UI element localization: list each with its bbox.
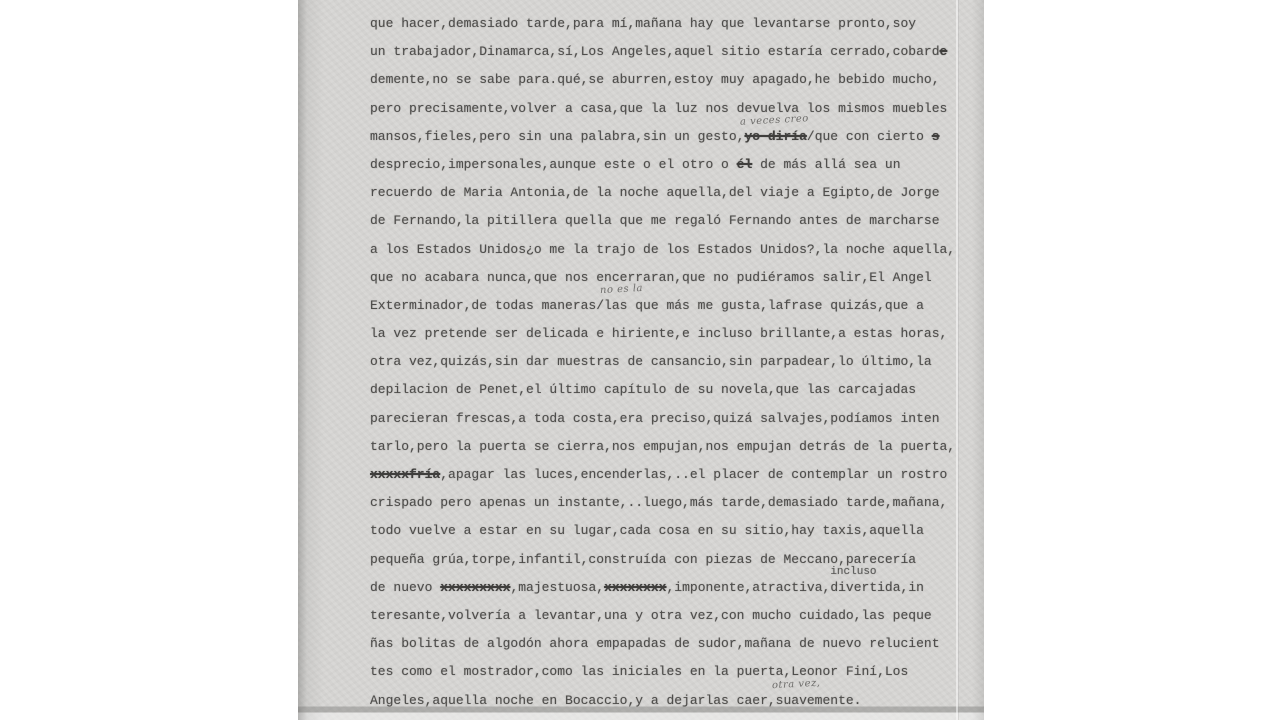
- typed-text: parecieran frescas,a toda costa,era prec…: [370, 411, 940, 426]
- typed-line: tes como el mostrador,como las iniciales…: [370, 658, 970, 686]
- struck-out-text: xxxxxfría: [370, 467, 440, 482]
- typed-text: desprecio,impersonales,aunque este o el …: [370, 157, 737, 172]
- handwritten-note: otra vez,: [771, 678, 820, 691]
- typed-text: un trabajador,Dinamarca,sí,Los Angeles,a…: [370, 44, 940, 59]
- typed-text: ,majestuosa,: [510, 580, 604, 595]
- struck-out-text: s: [932, 129, 940, 144]
- typed-text: de Fernando,la pitillera quella que me r…: [370, 213, 940, 228]
- typed-text: que no acabara nunca,que nos encerraran,…: [370, 270, 932, 285]
- typed-line: xxxxxfría,apagar las luces,encenderlas,.…: [370, 461, 970, 489]
- typed-line: otra vez,quizás,sin dar muestras de cans…: [370, 348, 970, 376]
- handwritten-note: no es la: [600, 284, 643, 296]
- typed-text: mansos,fieles,pero sin una palabra,sin u…: [370, 129, 744, 144]
- typed-line: ñas bolitas de algodón ahora empapadas d…: [370, 630, 970, 658]
- typed-text: Exterminador,de todas maneras/: [370, 298, 604, 313]
- typed-text: todo vuelve a estar en su lugar,cada cos…: [370, 523, 924, 538]
- typed-line: de nuevo xxxxxxxxx,majestuosa,xxxxxxxx,i…: [370, 574, 970, 602]
- typed-line: a los Estados Unidos¿o me la trajo de lo…: [370, 236, 970, 264]
- handwritten-note: a veces creo: [740, 114, 809, 128]
- struck-out-text: e: [940, 44, 948, 59]
- typed-line: desprecio,impersonales,aunque este o el …: [370, 151, 970, 179]
- typed-line: mansos,fieles,pero sin una palabra,sin u…: [370, 123, 970, 151]
- typed-line: recuerdo de Maria Antonia,de la noche aq…: [370, 179, 970, 207]
- typed-text: que hacer,demasiado tarde,para mí,mañana…: [370, 16, 916, 31]
- typed-text: tarlo,pero la puerta se cierra,nos empuj…: [370, 439, 955, 454]
- typed-line: Exterminador,de todas maneras/las que má…: [370, 292, 970, 320]
- typed-text: crispado pero apenas un instante,..luego…: [370, 495, 947, 510]
- struck-out-text: yo diríaa veces creo: [744, 129, 806, 144]
- typed-text: otra vez,quizás,sin dar muestras de cans…: [370, 354, 932, 369]
- typed-text: recuerdo de Maria Antonia,de la noche aq…: [370, 185, 940, 200]
- typed-line: la vez pretende ser delicada e hiriente,…: [370, 320, 970, 348]
- typed-insertion: incluso: [830, 567, 876, 578]
- typed-text: a los Estados Unidos¿o me la trajo de lo…: [370, 242, 955, 257]
- typed-text: demente,no se sabe para.qué,se aburren,e…: [370, 72, 940, 87]
- typed-line: de Fernando,la pitillera quella que me r…: [370, 207, 970, 235]
- typed-text: la vez pretende ser delicada e hiriente,…: [370, 326, 947, 341]
- typed-text: pequeña grúa,torpe,infantil,construída c…: [370, 552, 916, 567]
- struck-out-text: xxxxxxxx: [604, 580, 666, 595]
- typed-text: /que con cierto: [807, 129, 932, 144]
- typed-text: de nuevo: [370, 580, 440, 595]
- typed-text: ,apagar las luces,encenderlas,..el place…: [440, 467, 947, 482]
- typed-line: que hacer,demasiado tarde,para mí,mañana…: [370, 10, 970, 38]
- struck-out-text: él: [737, 157, 753, 172]
- typed-text: las que más me gusta,lafrase quizás,que …: [604, 298, 924, 313]
- typed-line: pero precisamente,volver a casa,que la l…: [370, 95, 970, 123]
- typed-line: demente,no se sabe para.qué,se aburren,e…: [370, 66, 970, 94]
- typed-text: de más allá sea un: [752, 157, 900, 172]
- typed-text-block: que hacer,demasiado tarde,para mí,mañana…: [370, 10, 970, 715]
- scanned-page: que hacer,demasiado tarde,para mí,mañana…: [298, 0, 984, 720]
- typed-line: pequeña grúa,torpe,infantil,construída c…: [370, 546, 970, 574]
- typed-line: depilacion de Penet,el último capítulo d…: [370, 376, 970, 404]
- typed-text: teresante,volvería a levantar,una y otra…: [370, 608, 932, 623]
- typed-line: un trabajador,Dinamarca,sí,Los Angeles,a…: [370, 38, 970, 66]
- typed-text: tes como el mostrador,como las iniciales…: [370, 664, 908, 679]
- typed-line: parecieran frescas,a toda costa,era prec…: [370, 405, 970, 433]
- typed-line: que no acabara nunca,que nos encerraran,…: [370, 264, 970, 292]
- typed-text: ,imponente,atractiva,: [666, 580, 830, 595]
- typed-text: Angeles,aquella noche en Bocaccio,y a de…: [370, 693, 776, 708]
- typed-line: todo vuelve a estar en su lugar,cada cos…: [370, 517, 970, 545]
- typed-text: pero precisamente,volver a casa,que la l…: [370, 101, 947, 116]
- typed-line: teresante,volvería a levantar,una y otra…: [370, 602, 970, 630]
- typed-text: divertida,inincluso: [830, 580, 924, 595]
- struck-out-text: xxxxxxxxx: [440, 580, 510, 595]
- typed-text: depilacion de Penet,el último capítulo d…: [370, 382, 916, 397]
- typed-line: tarlo,pero la puerta se cierra,nos empuj…: [370, 433, 970, 461]
- typed-line: Angeles,aquella noche en Bocaccio,y a de…: [370, 687, 970, 715]
- typed-line: crispado pero apenas un instante,..luego…: [370, 489, 970, 517]
- typed-text: suavemente.otra vez,: [776, 693, 862, 708]
- typed-text: ñas bolitas de algodón ahora empapadas d…: [370, 636, 940, 651]
